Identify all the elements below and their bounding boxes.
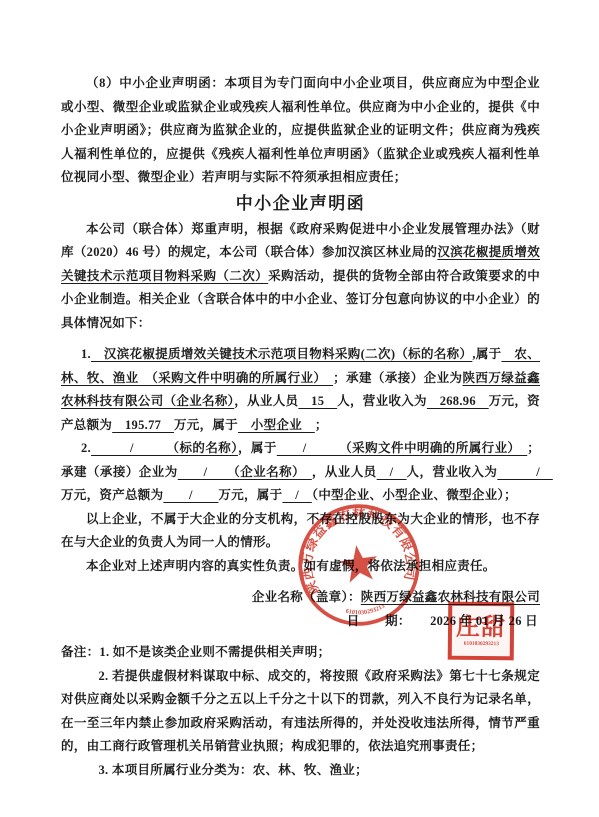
item2-revenue-blank: /: [497, 465, 553, 479]
item2-industry-blank: / （采购文件中明确的所属行业）: [277, 441, 527, 455]
notes-label: 备注：: [61, 645, 99, 659]
item2-text-4: 人，营业收入为: [407, 465, 498, 479]
document-page: （8）中小企业声明函：本项目为专门面向中小企业项目，供应商应为中型企业或小型、微…: [0, 0, 599, 817]
item2-text-5: 万元，资产总额为: [61, 488, 163, 502]
paragraph-clause-8: （8）中小企业声明函：本项目为专门面向中小企业项目，供应商应为中型企业或小型、微…: [61, 72, 540, 190]
item2-company-blank: / （企业名称）: [178, 465, 312, 479]
note-1-text: 1. 如不是该类企业则不需提供相关声明；: [99, 645, 330, 659]
item2-assets-blank: /: [163, 488, 218, 502]
item1-assets-blank: 195.77: [112, 418, 174, 432]
item1-text-1: ,属于: [472, 347, 501, 361]
clause-8-text: （8）中小企业声明函：本项目为专门面向中小企业项目，供应商应为中型企业或小型、微…: [61, 76, 540, 184]
item1-revenue-blank: 268.96: [427, 394, 489, 408]
notes-line-3: 3. 本项目所属行业分类为：农、林、牧、渔业；: [61, 759, 540, 783]
paragraph-declaration: 本公司（联合体）郑重声明，根据《政府采购促进中小企业发展管理办法》（财库（202…: [61, 218, 540, 336]
item2-text-7: （中型企业、小型企业、微型企业）；: [312, 488, 517, 502]
item1-text-4: 人，营业收入为: [337, 394, 427, 408]
notes-line-2: 2. 若提供虚假材料谋取中标、成交的，将按照《政府采购法》第七十七条规定对供应商…: [61, 665, 540, 759]
company-seal-label: 企业名称（盖章）：: [252, 590, 361, 604]
paragraph-not-branch: 以上企业，不属于大企业的分支机构，不存在控股股东为大企业的情形，也不存在与大企业…: [61, 508, 540, 555]
signature-company-line: 企业名称（盖章）：陕西万绿益鑫农林科技有限公司: [61, 586, 540, 610]
signature-date-line: 日 期： 2026 年 01 月 26 日: [61, 610, 540, 634]
paragraph-item-1: 1. 汉滨花椒提质增效关键技术示范项目物料采购(二次)（标的名称）,属于 农、林…: [61, 343, 540, 437]
item1-text-6: 万元，属于: [174, 418, 238, 432]
paragraph-truthfulness: 本企业对上述声明内容的真实性负责。如有虚假，将依法承担相应责任。: [61, 555, 540, 579]
item2-subject-blank: / （标的名称）: [91, 441, 238, 455]
item2-number: 2.: [81, 441, 91, 455]
item1-text-7: ；: [315, 418, 328, 432]
item2-text-6: 万元，属于: [218, 488, 282, 502]
item1-number: 1.: [81, 347, 91, 361]
date-value: 2026 年 01 月 26 日: [430, 614, 538, 628]
item1-staff-blank: 15: [298, 394, 337, 408]
page-title: 中小企业声明函: [61, 191, 540, 217]
item1-text-3: ，从业人员: [234, 394, 298, 408]
paragraph-item-2: 2. / （标的名称），属于 / （采购文件中明确的所属行业） ；承建（承接）企…: [61, 437, 540, 508]
item2-text-1: ，属于: [238, 441, 277, 455]
item1-text-2: ；承建（承接）企业为: [333, 371, 462, 385]
item2-staff-blank: /: [377, 465, 407, 479]
notes-line-1: 备注：1. 如不是该类企业则不需提供相关声明；: [61, 641, 540, 665]
document-content: （8）中小企业声明函：本项目为专门面向中小企业项目，供应商应为中型企业或小型、微…: [61, 72, 540, 782]
item1-size-blank: 小型企业: [238, 418, 315, 432]
item1-subject-blank: 汉滨花椒提质增效关键技术示范项目物料采购(二次)（标的名称）: [91, 347, 472, 361]
item2-text-3: ，从业人员: [312, 465, 377, 479]
date-label: 日 期：: [347, 614, 430, 628]
item2-size-blank: /: [282, 488, 311, 502]
company-name-value: 陕西万绿益鑫农林科技有限公司: [361, 590, 540, 604]
